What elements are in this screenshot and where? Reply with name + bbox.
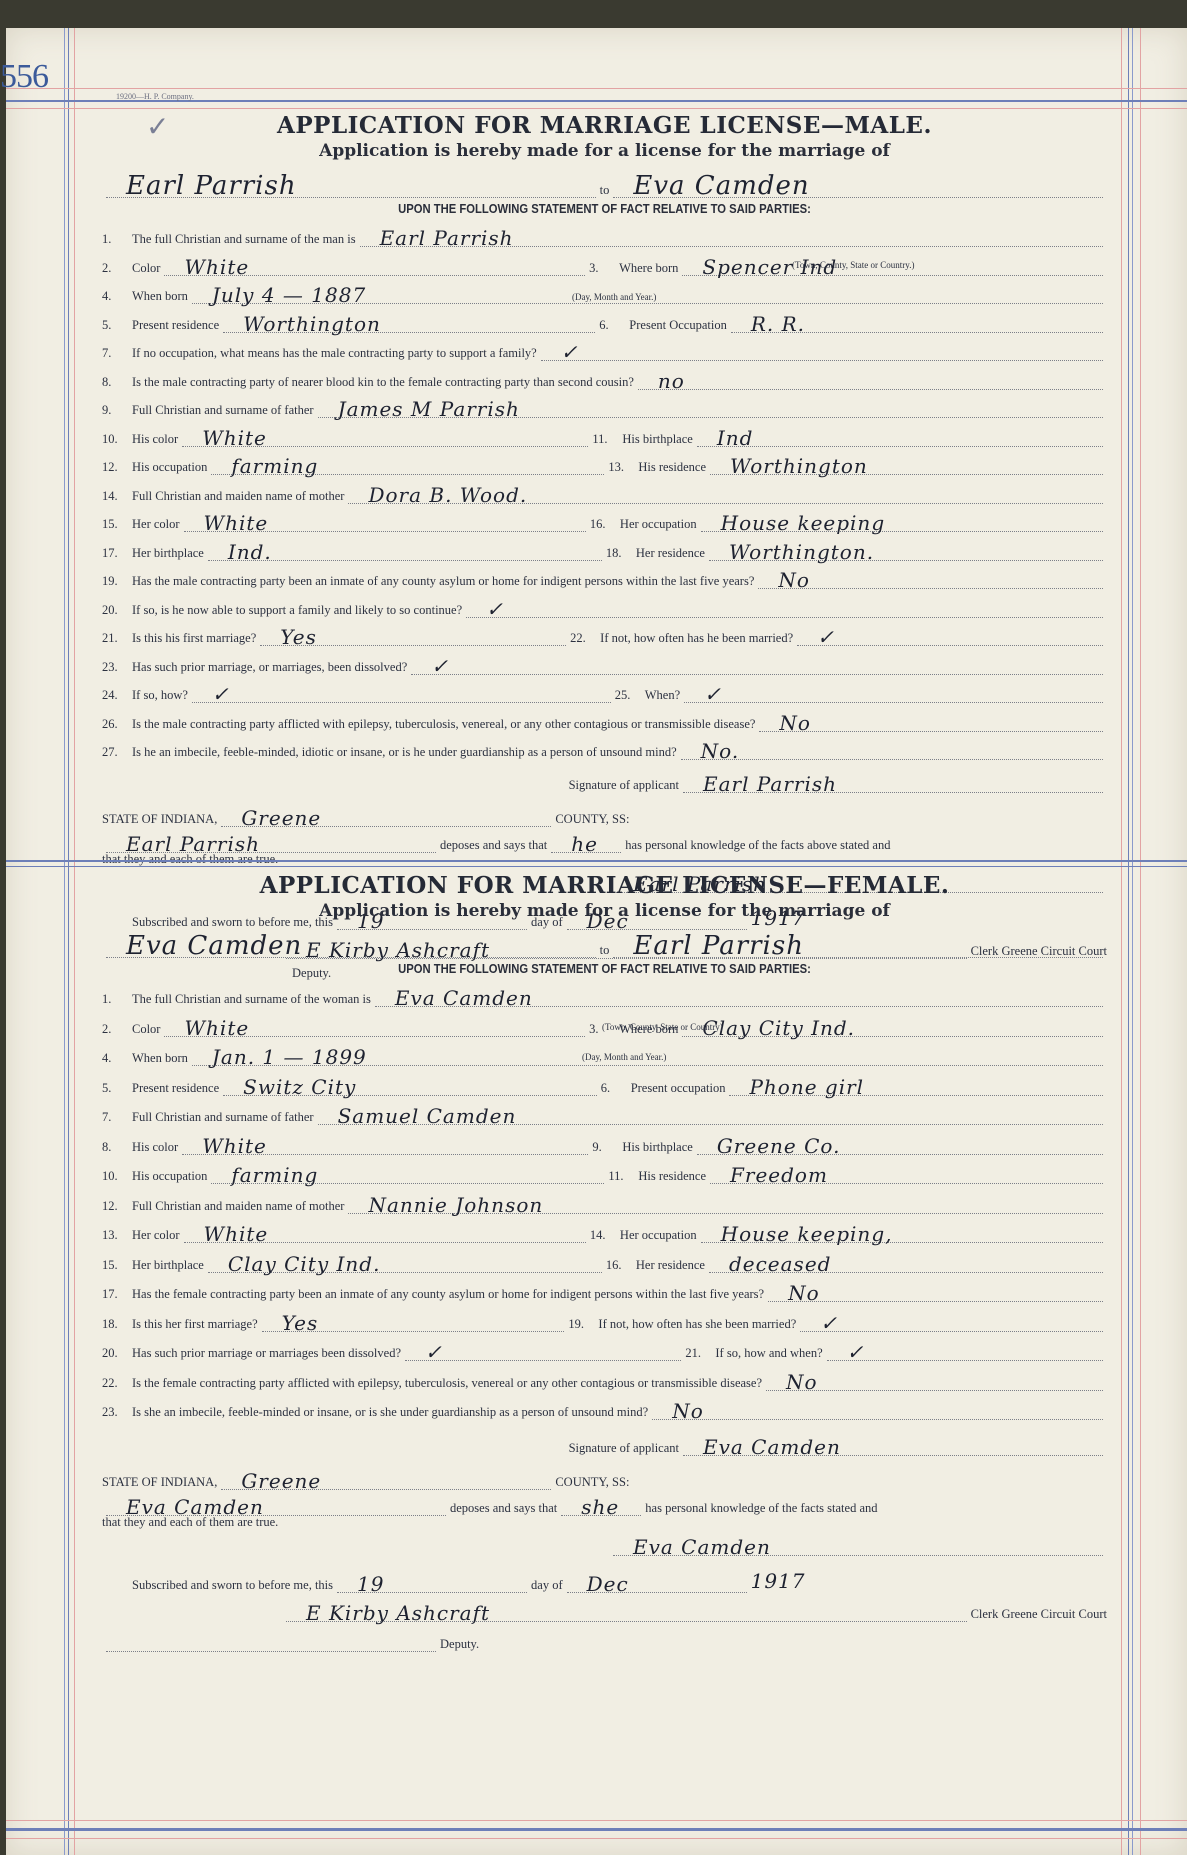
field-value: Dora B. Wood.: [368, 483, 527, 507]
field-label: When born: [132, 1051, 188, 1066]
signature-row: Signature of applicantEarl Parrish: [102, 770, 1107, 793]
field-label: Full Christian and surname of father: [132, 1110, 314, 1125]
field-number: 1.: [102, 232, 132, 247]
field-label: If no occupation, what means has the mal…: [132, 346, 537, 361]
question-row: 22.Is the female contracting party affli…: [102, 1368, 1107, 1391]
field-label: Her color: [132, 517, 180, 532]
field-label: His birthplace: [622, 432, 692, 447]
margin-rule: [1132, 28, 1133, 1855]
field-value: No.: [701, 739, 740, 763]
margin-rule: [1121, 28, 1122, 1855]
question-row: 8.Is the male contracting party of neare…: [102, 367, 1107, 390]
field-value: Yes: [280, 625, 317, 649]
male-parties: Earl Parrish to Eva Camden: [102, 168, 1107, 198]
male-application: APPLICATION FOR MARRIAGE LICENSE—MALE. A…: [102, 112, 1107, 161]
question-row: 15.Her colorWhite16.Her occupationHouse …: [102, 509, 1107, 532]
field-value: White: [202, 1134, 267, 1158]
field-number: 25.: [615, 688, 645, 703]
field-value: No: [778, 568, 810, 592]
field-label: Present residence: [132, 1081, 219, 1096]
printer-imprint: 19200—H. P. Company.: [116, 92, 194, 101]
affiant-row: Eva Camden: [102, 1533, 1107, 1556]
field-number: 4.: [102, 289, 132, 304]
field-value: R. R.: [751, 312, 805, 336]
field-number: 13.: [102, 1228, 132, 1243]
where-born-hint: (Town, County, State or Country.): [792, 260, 914, 270]
field-number: 14.: [102, 489, 132, 504]
field-number: 13.: [608, 460, 638, 475]
field-value: House keeping,: [721, 1222, 893, 1246]
clerk-signature: E Kirby Ashcraft: [306, 1601, 490, 1625]
field-value: Worthington.: [729, 540, 874, 564]
field-label: Full Christian and maiden name of mother: [132, 1199, 344, 1214]
field-number: 14.: [590, 1228, 620, 1243]
field-number: 23.: [102, 660, 132, 675]
field-number: 5.: [102, 318, 132, 333]
field-number: 3.: [589, 261, 619, 276]
field-label: Present Occupation: [629, 318, 727, 333]
field-label: Subscribed and sworn to before me, this: [132, 1578, 333, 1593]
field-number: 17.: [102, 546, 132, 561]
applicant-signature: Eva Camden: [703, 1435, 841, 1459]
field-label: His occupation: [132, 460, 207, 475]
field-value: deceased: [729, 1252, 832, 1276]
margin-rule: [68, 28, 69, 1855]
field-value: Ind: [717, 426, 754, 450]
field-label: has personal knowledge of the facts stat…: [645, 1501, 877, 1516]
field-value: Eva Camden: [395, 986, 533, 1010]
field-label: Her residence: [636, 1258, 705, 1273]
field-number: 2.: [102, 261, 132, 276]
sworn-row: Subscribed and sworn to before me, this1…: [102, 1569, 1107, 1593]
field-value: No: [788, 1281, 820, 1305]
field-number: 18.: [606, 546, 636, 561]
field-value: ✓: [820, 1311, 838, 1335]
section-divider: [6, 860, 1187, 862]
ledger-page-number: 556: [0, 58, 48, 96]
field-value: ✓: [561, 340, 579, 364]
field-value: White: [184, 255, 249, 279]
question-row: 19.Has the male contracting party been a…: [102, 566, 1107, 589]
question-row: 18.Is this her first marriage?Yes19.If n…: [102, 1309, 1107, 1332]
field-label: If not, how often has he been married?: [600, 631, 793, 646]
field-label: Signature of applicant: [569, 1441, 679, 1456]
female-statement: UPON THE FOLLOWING STATEMENT OF FACT REL…: [152, 962, 1057, 976]
question-row: 7.If no occupation, what means has the m…: [102, 338, 1107, 361]
field-label: Has such prior marriage, or marriages, b…: [132, 660, 407, 675]
state-row: STATE OF INDIANA,GreeneCOUNTY, SS:: [102, 1467, 1107, 1490]
field-label: His color: [132, 432, 178, 447]
question-row: 27.Is he an imbecile, feeble-minded, idi…: [102, 737, 1107, 760]
field-value: Phone girl: [749, 1075, 864, 1099]
field-value: White: [202, 426, 267, 450]
field-label: deposes and says that: [440, 838, 547, 853]
field-number: 6.: [599, 318, 629, 333]
field-label: Full Christian and maiden name of mother: [132, 489, 344, 504]
field-number: 5.: [102, 1081, 132, 1096]
field-label: His birthplace: [622, 1140, 692, 1155]
question-row: 12.His occupationfarming13.His residence…: [102, 452, 1107, 475]
field-label: His residence: [638, 460, 706, 475]
field-value: ✓: [847, 1340, 865, 1364]
field-value: July 4 — 1887: [212, 283, 366, 307]
footer-rule: [6, 1828, 1187, 1831]
field-label: Present residence: [132, 318, 219, 333]
question-row: 7.Full Christian and surname of fatherSa…: [102, 1102, 1107, 1125]
when-born-hint: (Day, Month and Year.): [572, 292, 656, 302]
header-rule: [6, 108, 1187, 109]
field-number: 20.: [102, 603, 132, 618]
field-label: Is this her first marriage?: [132, 1317, 258, 1332]
year-value: 1917: [751, 1569, 806, 1593]
male-title: APPLICATION FOR MARRIAGE LICENSE—MALE.: [102, 112, 1107, 139]
field-value: Yes: [282, 1311, 319, 1335]
field-label: Is the male contracting party of nearer …: [132, 375, 634, 390]
male-party-b: Eva Camden: [633, 171, 809, 201]
field-label: that they and each of them are true.: [102, 852, 278, 867]
field-value: Jan. 1 — 1899: [212, 1045, 367, 1069]
field-number: 24.: [102, 688, 132, 703]
field-label: His color: [132, 1140, 178, 1155]
field-label: day of: [531, 1578, 563, 1593]
field-number: 9.: [592, 1140, 622, 1155]
deposition-row: Eva Camdendeposes and says thatshehas pe…: [102, 1493, 1107, 1516]
field-value: Worthington: [730, 454, 868, 478]
field-label: The full Christian and surname of the ma…: [132, 232, 356, 247]
question-row: 1.The full Christian and surname of the …: [102, 984, 1107, 1007]
field-number: 22.: [102, 1376, 132, 1391]
question-row: 5.Present residenceSwitz City6.Present o…: [102, 1073, 1107, 1096]
field-label: Is the female contracting party afflicte…: [132, 1376, 762, 1391]
field-label: The full Christian and surname of the wo…: [132, 992, 371, 1007]
field-label: When?: [645, 688, 680, 703]
ledger-page: 556 19200—H. P. Company. ✓ APPLICATION F…: [6, 28, 1187, 1855]
field-label: Deputy.: [440, 1637, 479, 1652]
question-row: 17.Her birthplaceInd.18.Her residenceWor…: [102, 538, 1107, 561]
field-value: Earl Parrish: [380, 226, 514, 250]
field-label: Full Christian and surname of father: [132, 403, 314, 418]
field-value: Nannie Johnson: [368, 1193, 543, 1217]
question-row: 10.His occupationfarming11.His residence…: [102, 1161, 1107, 1184]
footer-rule: [6, 1820, 1187, 1821]
field-value: White: [184, 1016, 249, 1040]
question-row: 8.His colorWhite9.His birthplaceGreene C…: [102, 1132, 1107, 1155]
clerk-row: E Kirby AshcraftClerk Greene Circuit Cou…: [102, 1599, 1107, 1622]
field-label: COUNTY, SS:: [555, 812, 629, 827]
field-label: Where born: [619, 261, 678, 276]
question-row: 9.Full Christian and surname of fatherJa…: [102, 395, 1107, 418]
female-party-a: Eva Camden: [126, 931, 302, 961]
field-number: 20.: [102, 1346, 132, 1361]
field-value: ✓: [704, 682, 722, 706]
female-title: APPLICATION FOR MARRIAGE LICENSE—FEMALE.: [102, 872, 1107, 899]
question-row: 2.ColorWhite3.Where bornSpencer Ind: [102, 253, 1107, 276]
field-label: Has such prior marriage or marriages bee…: [132, 1346, 401, 1361]
truth-row: that they and each of them are true.: [102, 1515, 1107, 1530]
male-subtitle: Application is hereby made for a license…: [102, 141, 1107, 161]
field-value: ✓: [486, 597, 504, 621]
field-label: Her color: [132, 1228, 180, 1243]
field-label: If so, how?: [132, 688, 188, 703]
field-value: White: [204, 1222, 269, 1246]
field-label: Is he an imbecile, feeble-minded, idioti…: [132, 745, 677, 760]
field-label: has personal knowledge of the facts abov…: [625, 838, 890, 853]
field-value: ✓: [817, 625, 835, 649]
applicant-signature: Earl Parrish: [703, 772, 837, 796]
female-parties: Eva Camden to Earl Parrish: [102, 928, 1107, 958]
where-born-hint: (Town, County, State or Country): [602, 1022, 723, 1032]
margin-rule: [74, 28, 75, 1855]
field-label: STATE OF INDIANA,: [102, 812, 217, 827]
field-number: 18.: [102, 1317, 132, 1332]
margin-rule: [64, 28, 65, 1855]
question-row: 24.If so, how?✓25.When?✓: [102, 680, 1107, 703]
field-label: Her occupation: [620, 1228, 697, 1243]
to-label: to: [600, 183, 610, 198]
question-row: 10.His colorWhite11.His birthplaceInd: [102, 424, 1107, 447]
signature-row: Signature of applicantEva Camden: [102, 1433, 1107, 1456]
field-number: 11.: [608, 1169, 638, 1184]
question-row: 23.Has such prior marriage, or marriages…: [102, 652, 1107, 675]
field-number: 9.: [102, 403, 132, 418]
field-label: deposes and says that: [450, 1501, 557, 1516]
field-value: Worthington: [243, 312, 381, 336]
field-label: Is she an imbecile, feeble-minded or ins…: [132, 1405, 648, 1420]
field-number: 12.: [102, 1199, 132, 1214]
field-label: Color: [132, 1022, 160, 1037]
day-value: 19: [357, 1572, 384, 1596]
female-party-b: Earl Parrish: [633, 931, 804, 961]
affiant-signature: Eva Camden: [633, 1535, 771, 1559]
field-value: Greene Co.: [717, 1134, 841, 1158]
field-value: ✓: [212, 682, 230, 706]
question-row: 20.Has such prior marriage or marriages …: [102, 1338, 1107, 1361]
field-label: If so, how and when?: [715, 1346, 822, 1361]
field-label: Signature of applicant: [569, 778, 679, 793]
field-label: His occupation: [132, 1169, 207, 1184]
question-row: 13.Her colorWhite14.Her occupationHouse …: [102, 1220, 1107, 1243]
field-label: Is the male contracting party afflicted …: [132, 717, 755, 732]
question-row: 5.Present residenceWorthington6.Present …: [102, 310, 1107, 333]
female-subtitle: Application is hereby made for a license…: [102, 901, 1107, 921]
field-number: 21.: [685, 1346, 715, 1361]
field-number: 15.: [102, 517, 132, 532]
field-label: COUNTY, SS:: [555, 1475, 629, 1490]
field-value: House keeping: [721, 511, 886, 535]
field-number: 7.: [102, 1110, 132, 1125]
county-value: Greene: [241, 806, 321, 830]
question-row: 1.The full Christian and surname of the …: [102, 224, 1107, 247]
field-label: Has the male contracting party been an i…: [132, 574, 754, 589]
field-number: 19.: [102, 574, 132, 589]
truth-row: that they and each of them are true.: [102, 852, 1107, 867]
margin-rule: [1140, 28, 1141, 1855]
male-party-a: Earl Parrish: [126, 171, 297, 201]
question-row: 23.Is she an imbecile, feeble-minded or …: [102, 1397, 1107, 1420]
deposition-row: Earl Parrishdeposes and says thathehas p…: [102, 830, 1107, 853]
margin-rule: [1128, 28, 1129, 1855]
header-rule: [6, 88, 1187, 89]
field-value: No: [672, 1399, 704, 1423]
when-born-hint: (Day, Month and Year.): [582, 1052, 666, 1062]
field-value: no: [658, 369, 685, 393]
field-number: 26.: [102, 717, 132, 732]
field-label: When born: [132, 289, 188, 304]
field-value: James M Parrish: [338, 397, 520, 421]
field-number: 16.: [590, 517, 620, 532]
field-label: If so, is he now able to support a famil…: [132, 603, 462, 618]
field-number: 17.: [102, 1287, 132, 1302]
field-value: Clay City Ind.: [228, 1252, 381, 1276]
footer-rule: [6, 1838, 1187, 1839]
question-row: 14.Full Christian and maiden name of mot…: [102, 481, 1107, 504]
field-label: Her birthplace: [132, 546, 204, 561]
field-label: If not, how often has she been married?: [598, 1317, 796, 1332]
field-number: 21.: [102, 631, 132, 646]
county-value: Greene: [241, 1469, 321, 1493]
field-value: White: [204, 511, 269, 535]
field-number: 27.: [102, 745, 132, 760]
field-label: Has the female contracting party been an…: [132, 1287, 764, 1302]
field-label: Her residence: [636, 546, 705, 561]
field-number: 10.: [102, 432, 132, 447]
to-label: to: [600, 943, 610, 958]
field-number: 10.: [102, 1169, 132, 1184]
field-number: 19.: [568, 1317, 598, 1332]
question-row: 15.Her birthplaceClay City Ind.16.Her re…: [102, 1250, 1107, 1273]
question-row: 21.Is this his first marriage?Yes22.If n…: [102, 623, 1107, 646]
question-row: 17.Has the female contracting party been…: [102, 1279, 1107, 1302]
field-label: Color: [132, 261, 160, 276]
field-value: ✓: [425, 1340, 443, 1364]
field-number: 15.: [102, 1258, 132, 1273]
field-value: Samuel Camden: [338, 1104, 517, 1128]
field-number: 12.: [102, 460, 132, 475]
field-value: farming: [231, 454, 318, 478]
field-label: Clerk Greene Circuit Court: [971, 1607, 1107, 1622]
field-label: Her birthplace: [132, 1258, 204, 1273]
field-value: Ind.: [228, 540, 272, 564]
field-number: 11.: [592, 432, 622, 447]
field-value: Switz City: [243, 1075, 356, 1099]
field-value: ✓: [431, 654, 449, 678]
section-divider: [6, 866, 1187, 867]
question-row: 26.Is the male contracting party afflict…: [102, 709, 1107, 732]
month-value: Dec: [587, 1572, 629, 1596]
state-row: STATE OF INDIANA,GreeneCOUNTY, SS:: [102, 804, 1107, 827]
field-number: 8.: [102, 375, 132, 390]
field-number: 22.: [570, 631, 600, 646]
female-application: APPLICATION FOR MARRIAGE LICENSE—FEMALE.…: [102, 872, 1107, 921]
field-value: Clay City Ind.: [702, 1016, 855, 1040]
question-row: 20.If so, is he now able to support a fa…: [102, 595, 1107, 618]
field-number: 16.: [606, 1258, 636, 1273]
deputy-row: Deputy.: [102, 1629, 1107, 1652]
field-label: Present occupation: [631, 1081, 726, 1096]
question-row: 12.Full Christian and maiden name of mot…: [102, 1191, 1107, 1214]
field-label: Is this his first marriage?: [132, 631, 256, 646]
field-value: No: [779, 711, 811, 735]
field-number: 23.: [102, 1405, 132, 1420]
field-number: 6.: [601, 1081, 631, 1096]
field-number: 4.: [102, 1051, 132, 1066]
field-value: farming: [231, 1163, 318, 1187]
male-statement: UPON THE FOLLOWING STATEMENT OF FACT REL…: [152, 202, 1057, 216]
field-value: No: [786, 1370, 818, 1394]
field-number: 7.: [102, 346, 132, 361]
field-label: STATE OF INDIANA,: [102, 1475, 217, 1490]
field-number: 2.: [102, 1022, 132, 1037]
field-value: Freedom: [730, 1163, 828, 1187]
field-number: 8.: [102, 1140, 132, 1155]
field-label: Her occupation: [620, 517, 697, 532]
field-number: 1.: [102, 992, 132, 1007]
field-label: that they and each of them are true.: [102, 1515, 278, 1530]
field-label: His residence: [638, 1169, 706, 1184]
